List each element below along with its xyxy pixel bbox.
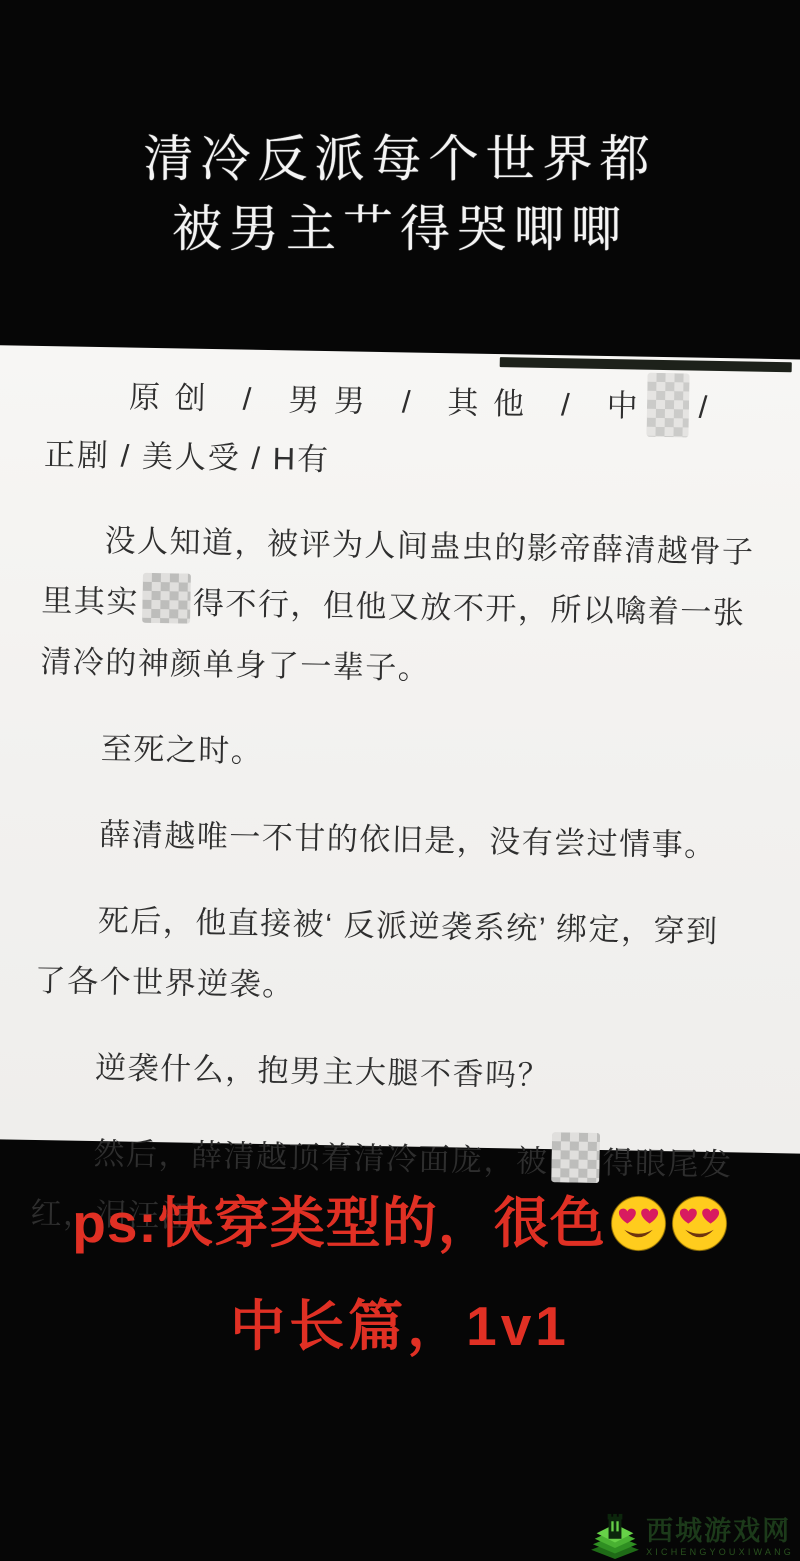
paragraph-6-pre: 然后，薛清越顶着清冷面庞，被 xyxy=(93,1136,549,1179)
watermark-text: 西城游戏网 XICHENGYOUXIWANG xyxy=(646,1516,794,1557)
paragraph-3: 薛清越唯一不甘的依旧是，没有尝过情事。 xyxy=(37,803,750,877)
censor-block-icon xyxy=(142,573,191,624)
layered-castle-logo-icon xyxy=(589,1513,641,1559)
heart-eyes-emoji xyxy=(671,1195,728,1252)
paragraph-4: 死后，他直接被‘ 反派逆袭系统’ 绑定，穿到了各个世界逆袭。 xyxy=(34,889,748,1024)
watermark-site-name: 西城游戏网 xyxy=(646,1516,791,1546)
site-watermark: 西城游戏网 XICHENGYOUXIWANG xyxy=(589,1513,794,1559)
title-line-1: 清冷反派每个世界都 xyxy=(0,124,800,194)
censor-block-icon xyxy=(646,373,689,438)
footer-line-1: ps:快穿类型的，很色 xyxy=(0,1186,800,1260)
synopsis-card: 原 创 / 男 男 / 其 他 / 中/ 正剧 / 美人受 / H有 没人知道，… xyxy=(0,345,800,1154)
censor-block-icon xyxy=(551,1132,600,1183)
heart-eyes-emoji xyxy=(610,1195,667,1252)
paragraph-2: 至死之时。 xyxy=(38,717,751,791)
tags-line-1-text: 原 创 / 男 男 / 其 他 / 中 xyxy=(129,380,641,424)
title-line-2: 被男主艹得哭唧唧 xyxy=(0,194,800,264)
poster: 清冷反派每个世界都 被男主艹得哭唧唧 原 创 / 男 男 / 其 他 / 中/ … xyxy=(0,0,800,1561)
footer-line-2: 中长篇，1v1 xyxy=(0,1282,800,1361)
footer-note: ps:快穿类型的，很色 中长篇，1v1 xyxy=(0,1186,800,1361)
card-content: 原 创 / 男 男 / 其 他 / 中/ 正剧 / 美人受 / H有 没人知道，… xyxy=(0,345,800,1258)
paragraph-1: 没人知道，被评为人间蛊虫的影帝薛清越骨子里其实得不行，但他又放不开，所以噙着一张… xyxy=(40,509,755,705)
footer-line-1-text: ps:快穿类型的，很色 xyxy=(72,1192,606,1254)
tags-line-1-slash: / xyxy=(698,390,710,425)
poster-title: 清冷反派每个世界都 被男主艹得哭唧唧 xyxy=(0,124,800,264)
paragraph-5: 逆袭什么，抱男主大腿不香吗？ xyxy=(33,1036,746,1110)
watermark-site-pinyin: XICHENGYOUXIWANG xyxy=(646,1547,794,1557)
